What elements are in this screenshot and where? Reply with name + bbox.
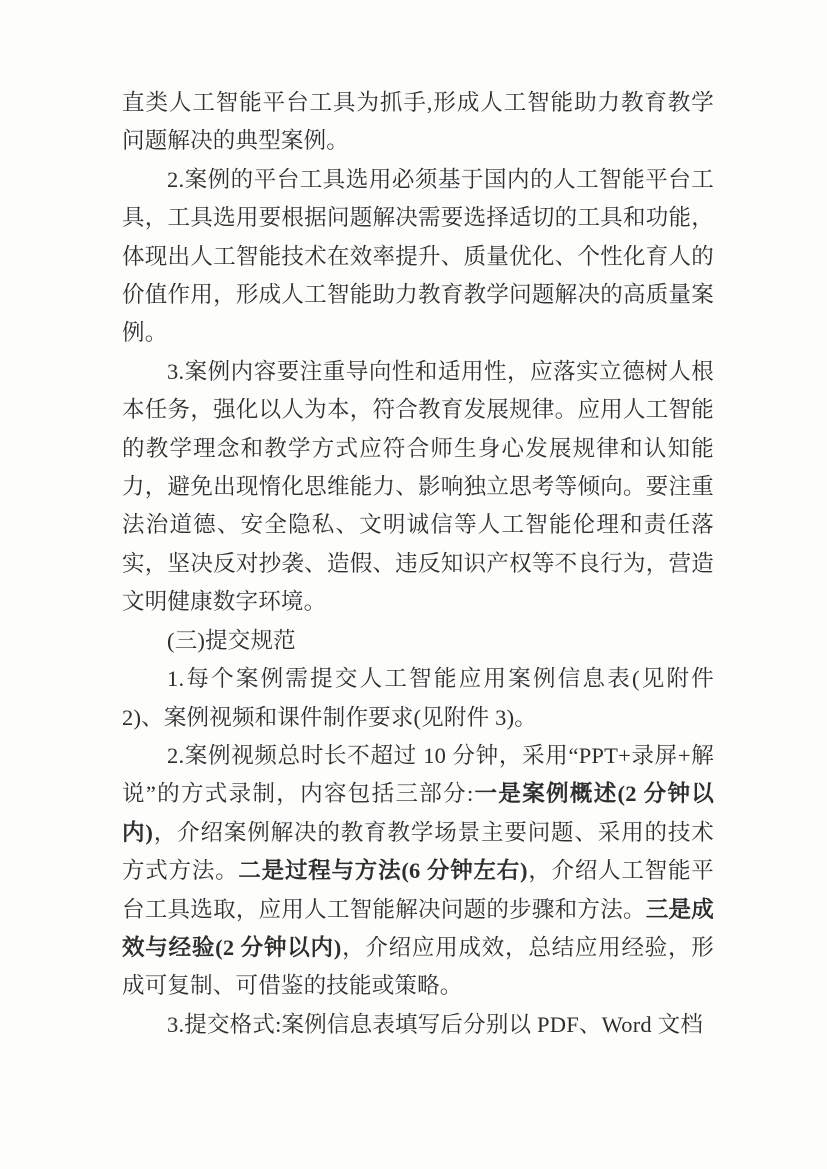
document-page: 直类人工智能平台工具为抓手,形成人工智能助力教育教学问题解决的典型案例。2.案例… xyxy=(0,0,827,1169)
text-run: 直类人工智能平台工具为抓手,形成人工智能助力教育教学问题解决的典型案例。 xyxy=(122,90,714,153)
bold-text-run: 二是过程与方法(6 分钟左右) xyxy=(238,858,527,883)
paragraph-submit-1: 1.每个案例需提交人工智能应用案例信息表(见附件 2)、案例视频和课件制作要求(… xyxy=(122,660,714,737)
paragraph-submit-2: 2.案例视频总时长不超过 10 分钟，采用“PPT+录屏+解说”的方式录制，内容… xyxy=(122,737,714,1006)
text-run: (三)提交规范 xyxy=(167,628,296,653)
paragraph-continuation: 直类人工智能平台工具为抓手,形成人工智能助力教育教学问题解决的典型案例。 xyxy=(122,84,714,161)
paragraph-item-2: 2.案例的平台工具选用必须基于国内的人工智能平台工具，工具选用要根据问题解决需要… xyxy=(122,161,714,353)
paragraph-item-3: 3.案例内容要注重导向性和适用性，应落实立德树人根本任务，强化以人为本，符合教育… xyxy=(122,353,714,622)
paragraph-submit-3: 3.提交格式:案例信息表填写后分别以 PDF、Word 文档 xyxy=(122,1006,714,1044)
text-run: 3.提交格式:案例信息表填写后分别以 PDF、Word 文档 xyxy=(167,1012,703,1037)
text-run: 3.案例内容要注重导向性和适用性，应落实立德树人根本任务，强化以人为本，符合教育… xyxy=(122,359,714,614)
document-text-block: 直类人工智能平台工具为抓手,形成人工智能助力教育教学问题解决的典型案例。2.案例… xyxy=(122,84,714,1044)
section-heading: (三)提交规范 xyxy=(122,622,714,660)
text-run: 1.每个案例需提交人工智能应用案例信息表(见附件 2)、案例视频和课件制作要求(… xyxy=(122,666,714,729)
text-run: 2.案例的平台工具选用必须基于国内的人工智能平台工具，工具选用要根据问题解决需要… xyxy=(122,167,714,346)
